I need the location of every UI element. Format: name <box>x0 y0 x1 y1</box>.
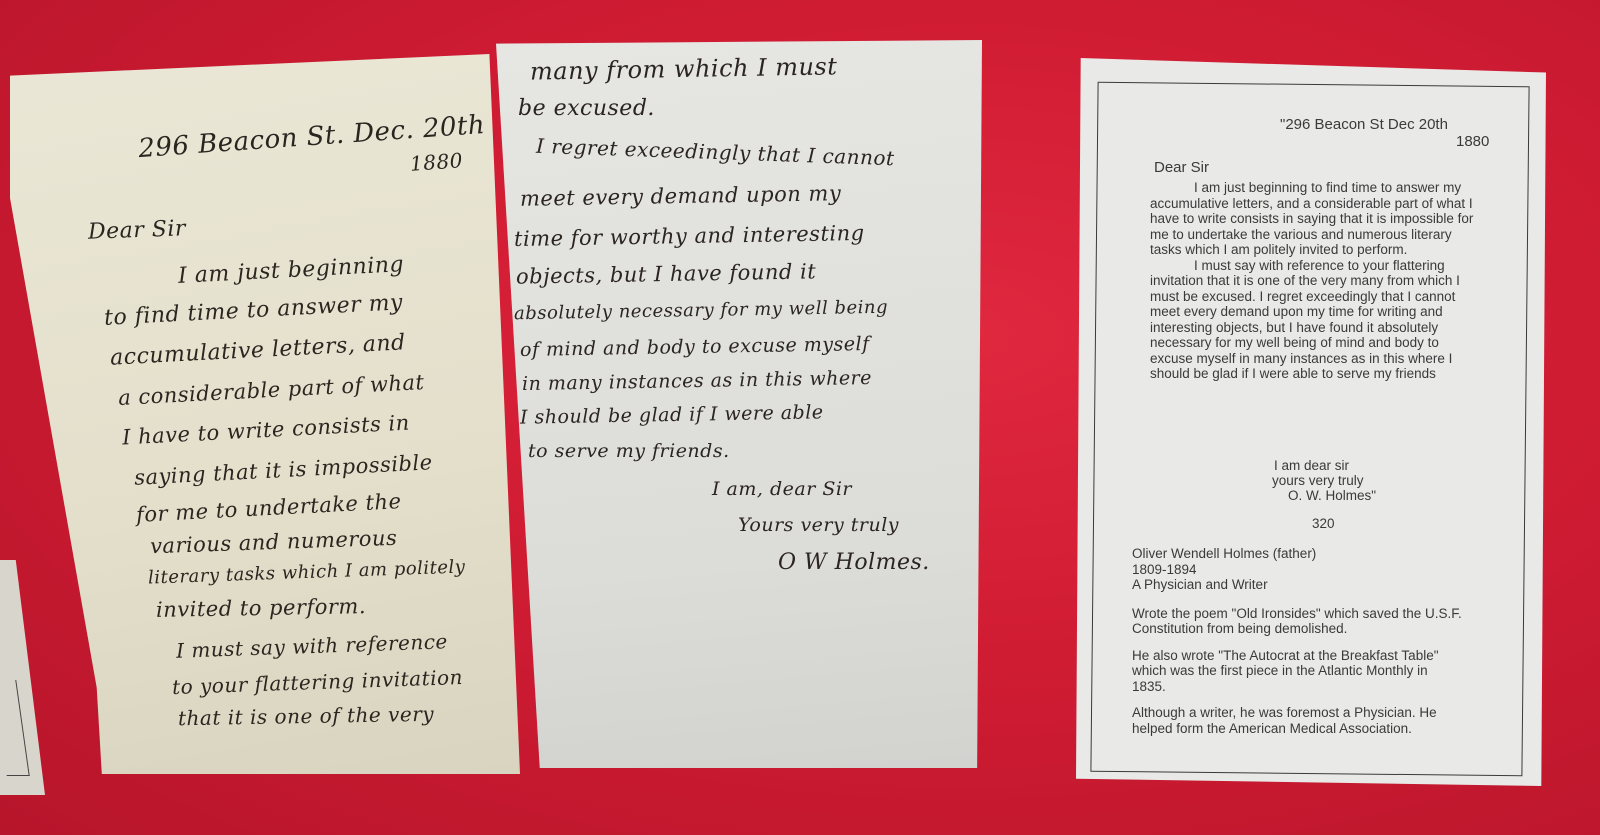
hw-closing: Yours very truly <box>738 514 899 536</box>
hw-line: invited to perform. <box>156 594 366 622</box>
bio-paragraph-3: Although a writer, he was foremost a Phy… <box>1132 705 1462 736</box>
hw-line: that it is one of the very <box>178 702 434 730</box>
typed-closing-1: I am dear sir <box>1274 458 1349 474</box>
bio-role: A Physician and Writer <box>1132 577 1462 593</box>
hw-line: many from which I must <box>530 52 838 85</box>
bio-paragraph-1: Wrote the poem "Old Ironsides" which sav… <box>1132 606 1462 637</box>
typed-salutation: Dear Sir <box>1154 160 1209 176</box>
hw-signature: O W Holmes. <box>778 550 930 575</box>
hw-year: 1880 <box>409 148 463 176</box>
hw-closing: I am, dear Sir <box>712 478 852 500</box>
typed-number: 320 <box>1312 516 1335 532</box>
typed-paragraph-1: I am just beginning to find time to answ… <box>1150 180 1480 258</box>
hw-line: to serve my friends. <box>528 440 730 462</box>
typed-paragraph-2: I must say with reference to your flatte… <box>1150 258 1480 382</box>
bio-name: Oliver Wendell Holmes (father) <box>1132 546 1462 562</box>
hw-line: be excused. <box>518 96 655 121</box>
typed-address: "296 Beacon St Dec 20th <box>1280 117 1448 133</box>
typed-closing-2: yours very truly <box>1272 473 1364 489</box>
bio-paragraph-2: He also wrote "The Autocrat at the Break… <box>1132 648 1462 695</box>
bio-years: 1809-1894 <box>1132 562 1462 578</box>
typed-year: 1880 <box>1456 134 1489 150</box>
hw-salutation: Dear Sir <box>88 216 187 244</box>
typed-body: I am just beginning to find time to answ… <box>1150 180 1480 382</box>
bio-section: Oliver Wendell Holmes (father) 1809-1894… <box>1132 546 1462 736</box>
typed-signature: O. W. Holmes" <box>1288 488 1376 504</box>
